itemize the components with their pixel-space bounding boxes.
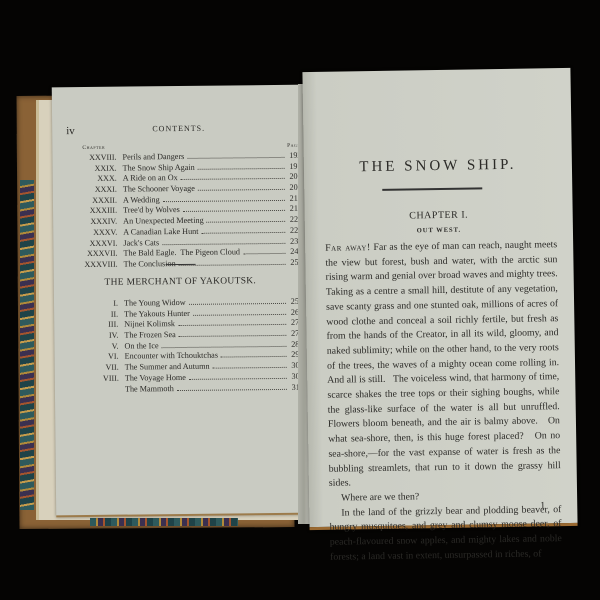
chapter-title: The Snow Ship Again <box>123 163 195 173</box>
chapter-heading: CHAPTER I. <box>305 208 573 223</box>
chapter-subtitle: OUT WEST. <box>305 225 573 236</box>
chapter-title: Tree'd by Wolves <box>123 205 180 215</box>
paragraph-1: Far away! Far as the eye of man can reac… <box>325 238 561 492</box>
chapter-number <box>65 391 125 392</box>
leader-dots <box>163 200 285 202</box>
leader-dots <box>187 157 284 159</box>
toc-row[interactable]: The Mammoth316 <box>65 382 304 395</box>
book-title: THE SNOW SHIP. <box>304 156 572 177</box>
chapter-title: A Ride on an Ox <box>123 173 178 183</box>
chapter-number: V. <box>64 341 124 351</box>
paragraph-text: Far as the eye of man can reach, naught … <box>325 239 567 489</box>
chapter-title: A Wedding <box>123 195 160 204</box>
leader-dots <box>178 324 286 326</box>
leader-dots <box>193 314 286 316</box>
chapter-number: XXXV. <box>63 227 123 237</box>
chapter-title: The Young Widow <box>124 298 186 308</box>
contents-page: iv CONTENTS. Chapter Page XXVIII.Perils … <box>52 85 309 518</box>
chapter-number: VI. <box>65 352 125 362</box>
leader-dots <box>162 346 287 348</box>
chapter-title: The Mammoth <box>125 384 174 394</box>
title-rule <box>382 187 482 190</box>
chapter-title: The Summer and Autumn <box>125 362 210 372</box>
chapter-number: XXXII. <box>63 195 123 205</box>
leader-dots <box>198 189 285 191</box>
chapter-number: VII. <box>65 363 125 373</box>
leader-dots <box>213 367 287 369</box>
leader-dots <box>177 388 287 390</box>
chapter-title: Jack's Cats <box>123 238 159 247</box>
leader-dots <box>207 221 286 223</box>
leader-dots <box>189 378 287 380</box>
leader-dots <box>162 242 285 244</box>
chapter-number: XXVIII. <box>62 153 122 163</box>
chapter-body: Far away! Far as the eye of man can reac… <box>325 238 562 565</box>
merchant-section-title: THE MERCHANT OF YAKOUTSK. <box>54 276 307 289</box>
marbled-edge-left <box>20 180 34 510</box>
leader-dots <box>243 253 286 254</box>
chapter-title: Perils and Dangers <box>122 152 184 162</box>
contents-heading: CONTENTS. <box>52 123 305 135</box>
chapter-number: II. <box>64 309 124 319</box>
opening-words: Far away! <box>325 242 371 254</box>
chapter-number: XXXIV. <box>63 217 123 227</box>
chapter-number: XXXI. <box>63 185 123 195</box>
leader-dots <box>181 178 285 180</box>
chapter-number: VIII. <box>65 373 125 383</box>
chapter-title: Nijnei Kolimsk <box>124 319 175 329</box>
leader-dots <box>202 232 286 234</box>
leader-dots <box>221 356 287 358</box>
chapter-title: The Yakouts Hunter <box>124 309 190 319</box>
page-number: 1 <box>540 500 545 511</box>
chapter-number: XXXVI. <box>63 238 123 248</box>
chapter-number: XXXIII. <box>63 206 123 216</box>
chapter-title: The Bald Eagle. The Pigeon Cloud <box>123 248 240 258</box>
leader-dots <box>179 335 287 337</box>
paragraph-3: In the land of the grizzly bear and plod… <box>329 503 562 565</box>
leader-dots <box>183 210 285 212</box>
chapter-number: XXXVIII. <box>64 259 124 269</box>
chapter-number: III. <box>64 320 124 330</box>
snow-ship-contents-list: XXVIII.Perils and Dangers192 XXIX.The Sn… <box>62 151 302 271</box>
chapter-number: XXXVII. <box>63 249 123 259</box>
chapter-title: The Frozen Sea <box>124 330 175 340</box>
leader-dots <box>198 168 285 170</box>
marbled-edge-bottom <box>90 518 238 526</box>
merchant-contents-list: I.The Young Widow259 II.The Yakouts Hunt… <box>64 297 304 396</box>
chapter-title: An Unexpected Meeting <box>123 216 204 226</box>
chapter-number: I. <box>64 299 124 309</box>
chapter-number: XXX. <box>63 174 123 184</box>
chapter-title: On the Ice <box>124 341 158 350</box>
chapter-title: A Canadian Lake Hunt <box>123 227 198 237</box>
chapter-title: The Voyage Home <box>125 373 186 383</box>
chapter-number: IV. <box>64 331 124 341</box>
chapter-title: Encounter with Tchouktchas <box>125 351 219 361</box>
chapter-page: THE SNOW SHIP. CHAPTER I. OUT WEST. Far … <box>302 68 577 530</box>
chapter-title: The Schooner Voyage <box>123 184 195 194</box>
chapter-column-label: Chapter <box>82 145 105 151</box>
chapter-number: XXIX. <box>63 163 123 173</box>
leader-dots <box>189 303 286 305</box>
